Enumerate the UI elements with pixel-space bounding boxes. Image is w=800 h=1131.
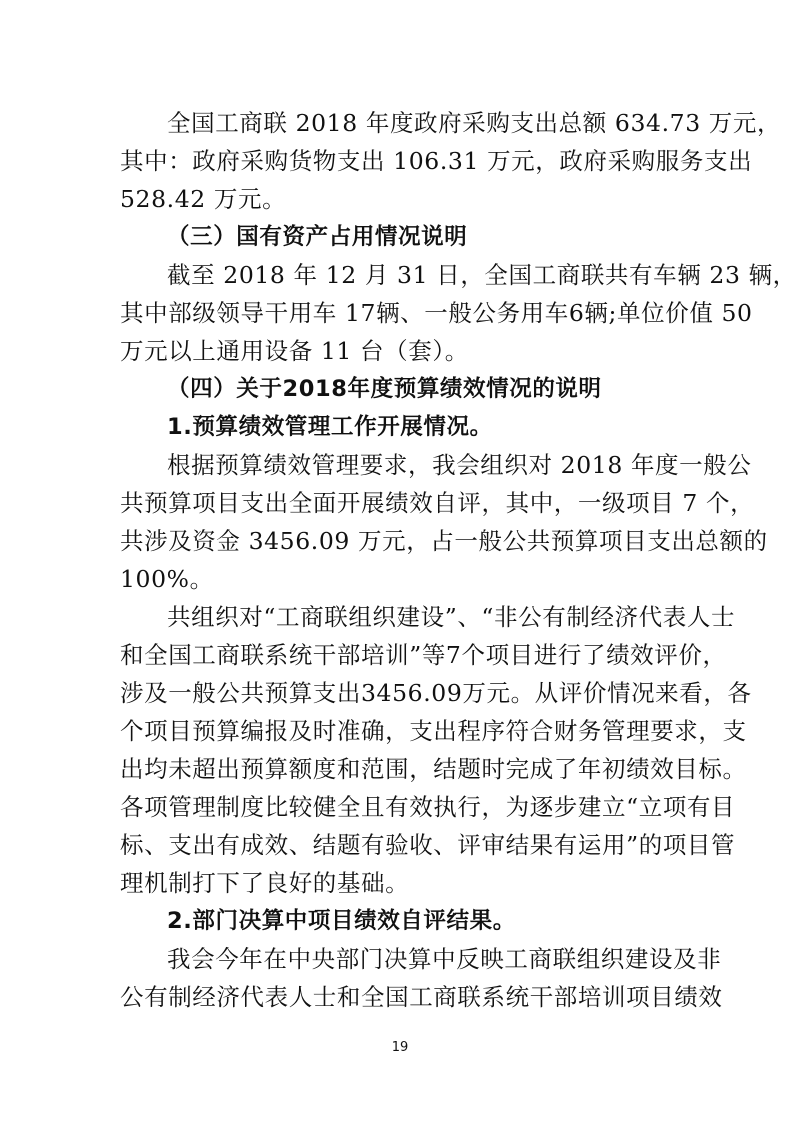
document-page: 全国工商联 2018 年度政府采购支出总额 634.73 万元，其中：政府采购货… xyxy=(0,0,800,1131)
paragraph-line: 公有制经济代表人士和全国工商联系统干部培训项目绩效 xyxy=(120,978,723,1016)
section-heading: （三）国有资产占用情况说明 xyxy=(167,218,467,256)
section-heading: 1.预算绩效管理工作开展情况。 xyxy=(167,408,493,446)
paragraph-line: 100%。 xyxy=(120,560,214,598)
paragraph-line: 共涉及资金 3456.09 万元，占一般公共预算项目支出总额的 xyxy=(120,522,768,560)
paragraph-line: 528.42 万元。 xyxy=(120,180,286,218)
paragraph-line: 全国工商联 2018 年度政府采购支出总额 634.73 万元， xyxy=(167,104,781,142)
section-heading: （四）关于2018年度预算绩效情况的说明 xyxy=(167,370,602,408)
paragraph-line: 我会今年在中央部门决算中反映工商联组织建设及非 xyxy=(167,940,721,978)
paragraph-line: 共组织对“工商联组织建设”、“非公有制经济代表人士 xyxy=(167,598,735,636)
paragraph-line: 标、支出有成效、结题有验收、评审结果有运用”的项目管 xyxy=(120,826,735,864)
paragraph-line: 各项管理制度比较健全且有效执行，为逐步建立“立项有目 xyxy=(120,788,735,826)
paragraph-line: 个项目预算编报及时准确，支出程序符合财务管理要求，支 xyxy=(120,712,747,750)
paragraph-line: 其中部级领导干用车 17辆、一般公务用车6辆;单位价值 50 xyxy=(120,294,753,332)
paragraph-line: 出均未超出预算额度和范围，结题时完成了年初绩效目标。 xyxy=(120,750,747,788)
section-heading: 2.部门决算中项目绩效自评结果。 xyxy=(167,902,516,940)
paragraph-line: 其中：政府采购货物支出 106.31 万元，政府采购服务支出 xyxy=(120,142,752,180)
paragraph-line: 根据预算绩效管理要求，我会组织对 2018 年度一般公 xyxy=(167,446,751,484)
paragraph-line: 理机制打下了良好的基础。 xyxy=(120,864,409,902)
paragraph-line: 共预算项目支出全面开展绩效自评，其中，一级项目 7 个， xyxy=(120,484,754,522)
paragraph-line: 涉及一般公共预算支出3456.09万元。从评价情况来看，各 xyxy=(120,674,752,712)
paragraph-line: 和全国工商联系统干部培训”等7个项目进行了绩效评价， xyxy=(120,636,727,674)
paragraph-line: 截至 2018 年 12 月 31 日，全国工商联共有车辆 23 辆， xyxy=(167,256,797,294)
page-number: 19 xyxy=(0,1040,800,1055)
paragraph-line: 万元以上通用设备 11 台（套）。 xyxy=(120,332,469,370)
